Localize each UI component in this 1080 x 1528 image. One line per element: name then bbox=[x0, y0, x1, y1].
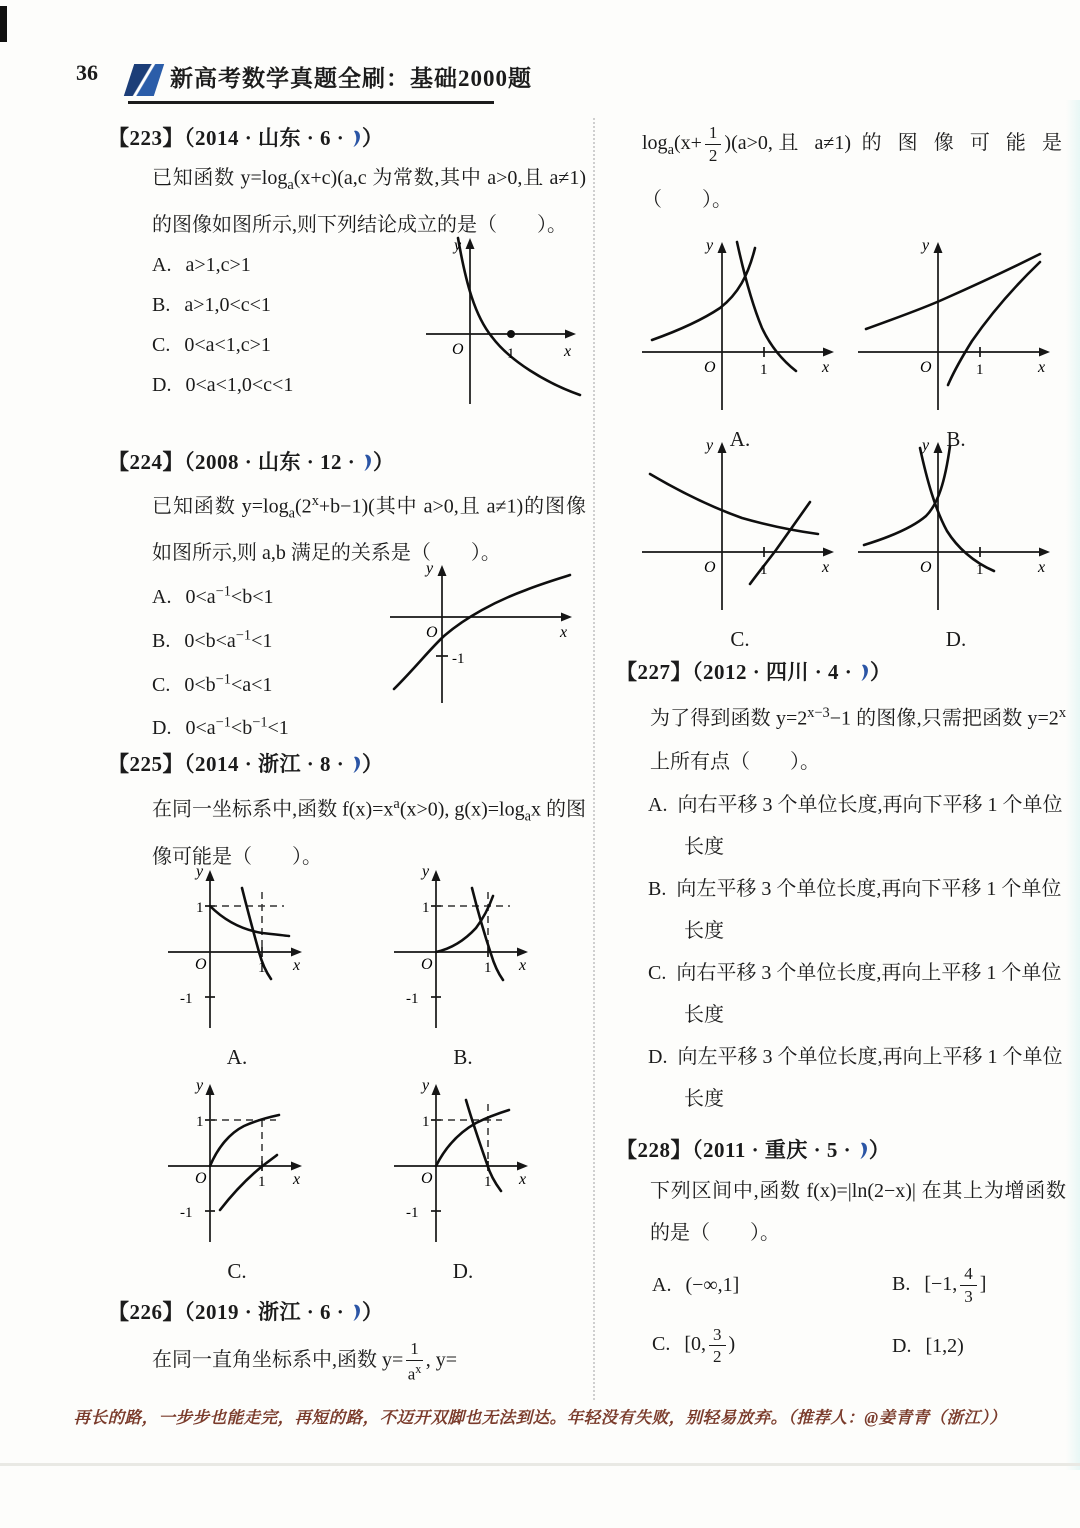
axis-label: y bbox=[420, 1077, 430, 1094]
axis-label: y bbox=[424, 560, 434, 577]
x-axis-arrow bbox=[565, 330, 576, 339]
option-label: C. bbox=[152, 674, 170, 696]
option-label: D. bbox=[892, 1335, 911, 1357]
scan-bottom-band bbox=[0, 1463, 1080, 1466]
axis-label: x bbox=[518, 957, 526, 974]
axis-label: x bbox=[292, 957, 300, 974]
page-number: 36 bbox=[76, 60, 98, 86]
function-curve bbox=[436, 896, 493, 952]
y-axis-arrow bbox=[934, 442, 943, 453]
figure-225-c: yxO1-11 C. bbox=[162, 1076, 312, 1284]
axis-label: O bbox=[704, 559, 716, 576]
axis-label: O bbox=[920, 559, 932, 576]
axis-label: x bbox=[292, 1171, 300, 1188]
axis-label: 1 bbox=[760, 562, 768, 578]
option-label: A. bbox=[648, 794, 667, 816]
axis-label: y bbox=[420, 863, 430, 880]
axis-label: O bbox=[421, 956, 433, 973]
axis-label: -1 bbox=[180, 991, 193, 1007]
axis-label: x bbox=[563, 343, 571, 360]
scan-artifact bbox=[0, 6, 7, 42]
axis-label: x bbox=[559, 624, 567, 641]
figure-224: yxO-1 bbox=[384, 555, 586, 709]
problem-number: 【225】 bbox=[108, 752, 184, 776]
axis-label: 1 bbox=[196, 1114, 204, 1130]
right-column: loga(x+12)(a>0,且 a≠1) 的 图 像 可 能 是（ ）。 yx… bbox=[608, 118, 1066, 1410]
graph-label: B. bbox=[388, 1045, 538, 1070]
option-label: B. bbox=[892, 1273, 910, 1295]
problem-228: 【228】（2011 · 重庆 · 5 · ） 下列区间中,函数 f(x)=|l… bbox=[608, 1130, 1066, 1367]
difficulty-icon bbox=[858, 660, 870, 684]
option-label: D. bbox=[152, 717, 171, 739]
axis-label: x bbox=[821, 359, 829, 376]
option-label: C. bbox=[652, 1333, 670, 1355]
axis-label: 1 bbox=[484, 960, 492, 976]
x-axis-arrow bbox=[517, 1162, 528, 1171]
problem-number: 【226】 bbox=[108, 1300, 184, 1324]
axis-label: y bbox=[920, 237, 930, 254]
y-axis-arrow bbox=[934, 242, 943, 253]
figure-226-c: yxO1 C. bbox=[634, 432, 846, 652]
option-text: 0<a<1,c>1 bbox=[184, 334, 271, 356]
axis-label: y bbox=[920, 437, 930, 454]
figure-226-d: yxO1 D. bbox=[850, 432, 1062, 652]
option-text: [−1,43] bbox=[924, 1273, 986, 1295]
axis-label: 1 bbox=[976, 562, 984, 578]
function-curve bbox=[220, 1155, 277, 1210]
left-column: 【223】（2014 · 山东 · 6 · ） 已知函数 y=loga(x+c)… bbox=[100, 118, 586, 1410]
header-rule bbox=[128, 101, 494, 104]
function-curve bbox=[210, 1115, 279, 1166]
option-d: D.[1,2) bbox=[892, 1326, 1066, 1366]
graph-225-c: yxO1-11 bbox=[162, 1076, 312, 1250]
graph-226-a: yxO1 bbox=[634, 232, 846, 418]
axis-label: -1 bbox=[180, 1205, 193, 1221]
axis-label: 1 bbox=[484, 1174, 492, 1190]
axis-label: -1 bbox=[406, 991, 419, 1007]
problem-body-left: 在同一直角坐标系中,函数 y=1ax, y= bbox=[152, 1332, 586, 1388]
x-axis-arrow bbox=[517, 948, 528, 957]
option-text: [0,32) bbox=[684, 1333, 735, 1355]
problem-source: （2014 · 浙江 · 8 · bbox=[184, 752, 350, 776]
axis-label: O bbox=[195, 956, 207, 973]
axis-label: O bbox=[920, 359, 932, 376]
figure-226-b: yxO1 B. bbox=[850, 232, 1062, 452]
axis-label: O bbox=[704, 359, 716, 376]
problem-226: 【226】（2019 · 浙江 · 6 · ） 在同一直角坐标系中,函数 y=1… bbox=[100, 1292, 586, 1388]
option-a: A.(−∞,1] bbox=[652, 1265, 892, 1305]
column-divider bbox=[593, 118, 595, 1400]
x-axis-arrow bbox=[1039, 348, 1050, 357]
graph-225-b: yxO1-11 bbox=[388, 862, 538, 1036]
textbook-page: 36 新高考数学真题全刷：基础2000题 【223】（2014 · 山东 · 6… bbox=[0, 0, 1080, 1528]
figure-225-d: yxO1-11 D. bbox=[388, 1076, 538, 1284]
problem-source: （2014 · 山东 · 6 · bbox=[184, 126, 350, 150]
problem-224: 【224】（2008 · 山东 · 12 · ） 已知函数 y=loga(2x+… bbox=[100, 442, 586, 747]
function-curve bbox=[394, 575, 570, 689]
option-b: B.[−1,43] bbox=[892, 1264, 1066, 1306]
marked-point bbox=[507, 330, 515, 338]
source-close: ） bbox=[362, 1300, 384, 1324]
problem-heading: 【226】（2019 · 浙江 · 6 · ） bbox=[108, 1292, 586, 1332]
option-d: D.0<a−1<b−1<1 bbox=[152, 704, 586, 748]
axis-label: x bbox=[1037, 559, 1045, 576]
footer-quote: 再长的路，一步步也能走完，再短的路，不迈开双脚也无法到达。年轻没有失败，别轻易放… bbox=[0, 1404, 1080, 1428]
option-text: a>1,0<c<1 bbox=[184, 294, 271, 316]
axis-label: O bbox=[452, 341, 464, 358]
option-text: 向左平移 3 个单位长度,再向上平移 1 个单位长度 bbox=[677, 1046, 1062, 1110]
option-text: 0<b−1<a<1 bbox=[184, 674, 272, 696]
graph-label: C. bbox=[162, 1259, 312, 1284]
axis-label: 1 bbox=[258, 960, 266, 976]
axis-label: O bbox=[195, 1170, 207, 1187]
problem-heading: 【227】（2012 · 四川 · 4 · ） bbox=[616, 652, 1066, 692]
y-axis-arrow bbox=[718, 442, 727, 453]
axis-label: 1 bbox=[760, 362, 768, 378]
option-label: C. bbox=[152, 334, 170, 356]
x-axis-arrow bbox=[1039, 548, 1050, 557]
axis-label: y bbox=[194, 863, 204, 880]
x-axis-arrow bbox=[291, 1162, 302, 1171]
problem-source: （2011 · 重庆 · 5 · bbox=[692, 1138, 857, 1162]
figure-226-a: yxO1 A. bbox=[634, 232, 846, 452]
source-close: ） bbox=[373, 450, 395, 474]
problem-body: 为了得到函数 y=2x−3−1 的图像,只需把函数 y=2x 上所有点（ ）。 bbox=[650, 692, 1066, 784]
problem-source: （2008 · 山东 · 12 · bbox=[184, 450, 361, 474]
option-label: A. bbox=[152, 254, 171, 276]
y-axis-arrow bbox=[206, 870, 215, 881]
y-axis-arrow bbox=[432, 1084, 441, 1095]
difficulty-icon bbox=[350, 752, 362, 776]
graph-226-b: yxO1 bbox=[850, 232, 1062, 418]
x-axis-arrow bbox=[823, 548, 834, 557]
option-label: B. bbox=[152, 630, 170, 652]
graph-226-c: yxO1 bbox=[634, 432, 846, 618]
problem-source: （2012 · 四川 · 4 · bbox=[692, 660, 858, 684]
graph-225-d: yxO1-11 bbox=[388, 1076, 538, 1250]
x-axis-arrow bbox=[291, 948, 302, 957]
axis-label: O bbox=[426, 624, 438, 641]
function-curve bbox=[652, 248, 755, 340]
option-text: 向右平移 3 个单位长度,再向下平移 1 个单位长度 bbox=[677, 794, 1062, 858]
axis-label: x bbox=[518, 1171, 526, 1188]
option-text: 向左平移 3 个单位长度,再向下平移 1 个单位长度 bbox=[676, 878, 1061, 942]
option-text: 0<a−1<b−1<1 bbox=[185, 717, 288, 739]
axis-label: O bbox=[421, 1170, 433, 1187]
problem-number: 【228】 bbox=[616, 1138, 692, 1162]
axis-label: 1 bbox=[196, 900, 204, 916]
problem-225: 【225】（2014 · 浙江 · 8 · ） 在同一坐标系中,函数 f(x)=… bbox=[100, 744, 586, 877]
figure-225-a: yxO1-11 A. bbox=[162, 862, 312, 1070]
option-text: 向右平移 3 个单位长度,再向上平移 1 个单位长度 bbox=[676, 962, 1061, 1026]
problem-heading: 【228】（2011 · 重庆 · 5 · ） bbox=[616, 1130, 1066, 1170]
problem-number: 【227】 bbox=[616, 660, 692, 684]
axis-label: -1 bbox=[452, 651, 465, 667]
source-close: ） bbox=[870, 660, 892, 684]
option-label: D. bbox=[648, 1046, 667, 1068]
source-close: ） bbox=[362, 752, 384, 776]
option-text: 0<b<a−1<1 bbox=[184, 630, 272, 652]
axis-label: -1 bbox=[406, 1205, 419, 1221]
figure-225-b: yxO1-11 B. bbox=[388, 862, 538, 1070]
function-curve bbox=[864, 446, 950, 545]
graph-label: D. bbox=[388, 1259, 538, 1284]
problem-number: 【223】 bbox=[108, 126, 184, 150]
problem-heading: 【224】（2008 · 山东 · 12 · ） bbox=[108, 442, 586, 482]
option-c: C.向右平移 3 个单位长度,再向上平移 1 个单位长度 bbox=[648, 952, 1066, 1036]
option-label: D. bbox=[152, 374, 171, 396]
option-label: A. bbox=[152, 586, 171, 608]
x-axis-arrow bbox=[823, 348, 834, 357]
option-c: C.[0,32) bbox=[652, 1324, 892, 1366]
difficulty-icon bbox=[857, 1138, 869, 1162]
option-b: B.向左平移 3 个单位长度,再向下平移 1 个单位长度 bbox=[648, 868, 1066, 952]
function-curve bbox=[750, 502, 810, 584]
option-text: 0<a−1<b<1 bbox=[185, 586, 273, 608]
option-text: 0<a<1,0<c<1 bbox=[185, 374, 293, 396]
problem-heading: 【225】（2014 · 浙江 · 8 · ） bbox=[108, 744, 586, 784]
problem-body-right: loga(x+12)(a>0,且 a≠1) 的 图 像 可 能 是（ ）。 bbox=[642, 118, 1062, 225]
axis-label: y bbox=[704, 437, 714, 454]
difficulty-icon bbox=[350, 1300, 362, 1324]
y-axis-arrow bbox=[438, 565, 447, 576]
difficulty-icon bbox=[350, 126, 362, 150]
axis-label: 1 bbox=[422, 1114, 430, 1130]
graph-label: D. bbox=[850, 627, 1062, 652]
scan-edge-tint bbox=[1066, 100, 1080, 1470]
function-curve bbox=[948, 262, 1040, 385]
option-label: A. bbox=[652, 1274, 671, 1296]
axis-label: y bbox=[452, 237, 462, 254]
graph-226-d: yxO1 bbox=[850, 432, 1062, 618]
option-text: [1,2) bbox=[925, 1335, 963, 1357]
axis-label: 1 bbox=[507, 346, 515, 362]
x-axis-arrow bbox=[561, 613, 572, 622]
axis-label: 1 bbox=[976, 362, 984, 378]
problem-227: 【227】（2012 · 四川 · 4 · ） 为了得到函数 y=2x−3−1 … bbox=[608, 652, 1066, 1120]
difficulty-icon bbox=[361, 450, 373, 474]
book-title: 新高考数学真题全刷：基础2000题 bbox=[170, 60, 532, 93]
source-close: ） bbox=[869, 1138, 891, 1162]
problem-source: （2019 · 浙江 · 6 · bbox=[184, 1300, 350, 1324]
y-axis-arrow bbox=[206, 1084, 215, 1095]
options: A.(−∞,1] B.[−1,43] C.[0,32) D.[1,2) bbox=[652, 1264, 1066, 1367]
y-axis-arrow bbox=[432, 870, 441, 881]
graph-label: C. bbox=[634, 627, 846, 652]
options: A.向右平移 3 个单位长度,再向下平移 1 个单位长度 B.向左平移 3 个单… bbox=[648, 784, 1066, 1120]
axis-label: 1 bbox=[258, 1174, 266, 1190]
y-axis-arrow bbox=[466, 238, 475, 249]
axis-label: x bbox=[821, 559, 829, 576]
source-close: ） bbox=[362, 126, 384, 150]
option-label: B. bbox=[152, 294, 170, 316]
function-curve bbox=[866, 254, 1040, 329]
problem-226-continued: loga(x+12)(a>0,且 a≠1) 的 图 像 可 能 是（ ）。 yx… bbox=[608, 118, 1066, 225]
problem-heading: 【223】（2014 · 山东 · 6 · ） bbox=[108, 118, 586, 158]
option-text: (−∞,1] bbox=[685, 1274, 739, 1296]
function-curve bbox=[458, 238, 580, 395]
series-logo bbox=[124, 64, 164, 96]
option-d: D.向左平移 3 个单位长度,再向上平移 1 个单位长度 bbox=[648, 1036, 1066, 1120]
axis-label: y bbox=[194, 1077, 204, 1094]
option-label: C. bbox=[648, 962, 666, 984]
option-label: B. bbox=[648, 878, 666, 900]
problem-number: 【224】 bbox=[108, 450, 184, 474]
problem-223: 【223】（2014 · 山东 · 6 · ） 已知函数 y=loga(x+c)… bbox=[100, 118, 586, 405]
graph-label: A. bbox=[162, 1045, 312, 1070]
axis-label: x bbox=[1037, 359, 1045, 376]
option-text: a>1,c>1 bbox=[185, 254, 250, 276]
axis-label: y bbox=[704, 237, 714, 254]
graph-225-a: yxO1-11 bbox=[162, 862, 312, 1036]
axis-label: 1 bbox=[422, 900, 430, 916]
y-axis-arrow bbox=[718, 242, 727, 253]
figure-223: yxO1 bbox=[408, 230, 586, 422]
problem-body: 下列区间中,函数 f(x)=|ln(2−x)| 在其上为增函数的是（ ）。 bbox=[650, 1170, 1066, 1254]
option-a: A.向右平移 3 个单位长度,再向下平移 1 个单位长度 bbox=[648, 784, 1066, 868]
